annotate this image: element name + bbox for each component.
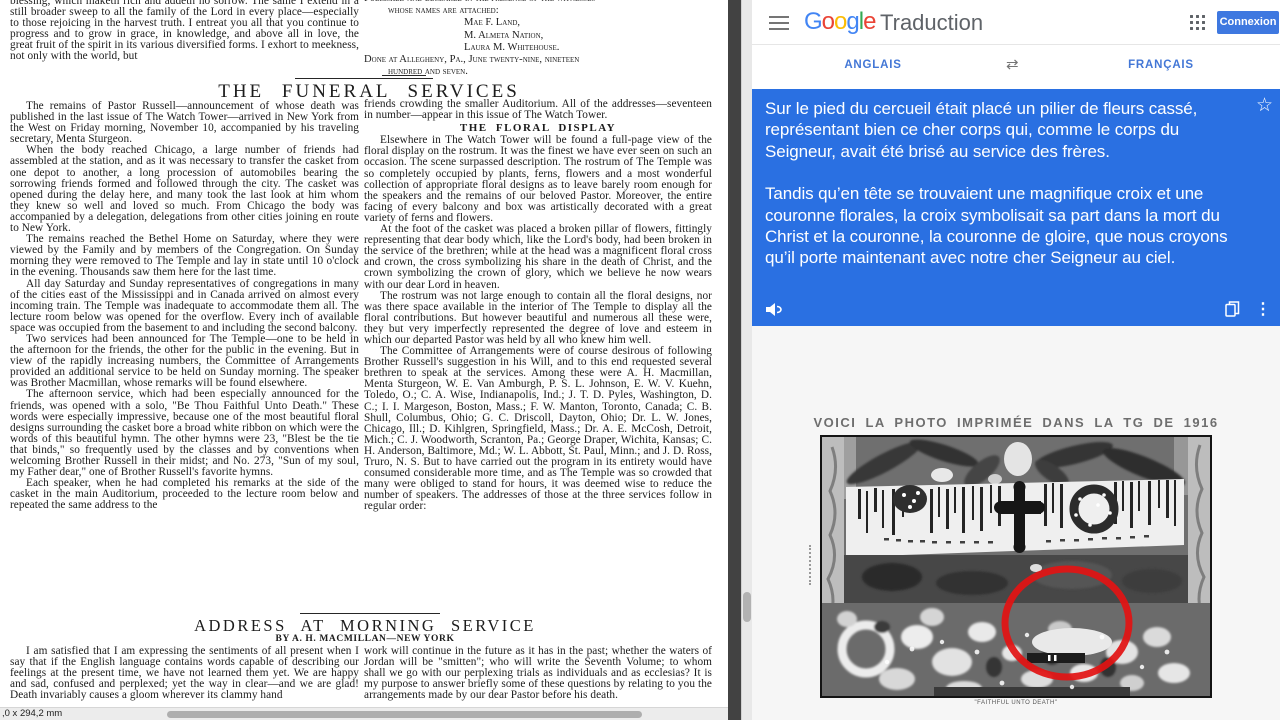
doc-paragraph: Elsewhere in The Watch Tower will be fou…	[364, 135, 712, 224]
status-bar-dimensions: ,0 x 294,2 mm	[2, 708, 62, 719]
more-vert-icon[interactable]: ⋮	[1255, 300, 1271, 320]
doc-paragraph: The rostrum was not large enough to cont…	[364, 291, 712, 346]
tab-target-language[interactable]: FRANÇAIS	[1096, 59, 1226, 71]
floral-display-heading: THE FLORAL DISPLAY	[364, 123, 712, 134]
witness-intro-line2: whose names are attached:	[364, 5, 716, 17]
section-divider-rule	[300, 613, 440, 614]
doc-paragraph: The remains reached the Bethel Home on S…	[10, 234, 359, 278]
language-tabs-bar: ANGLAIS ⇄ FRANÇAIS	[752, 45, 1280, 89]
funeral-photo	[820, 435, 1212, 698]
photo-margin-mark	[809, 545, 813, 585]
witness-name: Mae F. Land,	[364, 17, 716, 29]
doc-col1-top-paragraph: blessing; which maketh rich and addeth n…	[10, 0, 359, 63]
translated-paragraph: Sur le pied du cercueil était placé un p…	[765, 98, 1235, 162]
vertical-scrollbar-thumb[interactable]	[743, 592, 751, 622]
photo-subcaption: "FAITHFUL UNTO DEATH"	[820, 700, 1212, 706]
pane-divider[interactable]	[728, 0, 741, 720]
doc-paragraph: The remains of Pastor Russell—announceme…	[10, 101, 359, 145]
doc-col1-bottom-paragraph: I am satisfied that I am expressing the …	[10, 646, 359, 701]
doc-col2-bottom-paragraph: work will continue in the future as it h…	[364, 646, 712, 701]
vertical-scrollbar[interactable]	[741, 0, 752, 720]
google-logo[interactable]: Google	[804, 8, 875, 36]
section-divider-rule	[295, 78, 433, 79]
translated-text: Sur le pied du cercueil était placé un p…	[765, 98, 1235, 290]
apps-grid-icon[interactable]	[1190, 15, 1205, 30]
witness-done-line2: hundred and seven.	[364, 66, 716, 78]
google-translate-pane: Google Traduction Connexion ANGLAIS ⇄ FR…	[752, 0, 1280, 720]
address-byline: BY A. H. MACMILLAN—NEW YORK	[160, 634, 570, 644]
section-divider-rule	[382, 75, 426, 76]
product-name: Traduction	[880, 10, 983, 36]
translate-header: Google Traduction Connexion	[752, 0, 1280, 45]
document-viewer-pane: blessing; which maketh rich and addeth n…	[0, 0, 728, 720]
tab-source-language[interactable]: ANGLAIS	[808, 59, 938, 71]
horizontal-scrollbar[interactable]	[0, 707, 728, 720]
doc-paragraph: friends crowding the smaller Auditorium.…	[364, 99, 712, 121]
swap-arrows-icon[interactable]: ⇄	[1006, 55, 1019, 73]
doc-paragraph: Two services had been announced for The …	[10, 334, 359, 389]
scanned-document-page: blessing; which maketh rich and addeth n…	[0, 0, 728, 720]
app-root: blessing; which maketh rich and addeth n…	[0, 0, 1280, 720]
doc-witness-block: Published and declared in the presence o…	[364, 0, 716, 78]
doc-column-1: The remains of Pastor Russell—announceme…	[10, 101, 359, 511]
copy-icon[interactable]	[1225, 301, 1240, 317]
hamburger-icon[interactable]	[769, 16, 789, 30]
doc-paragraph: The Committee of Arrangements were of co…	[364, 346, 712, 512]
witness-name: Laura M. Whitehouse.	[364, 42, 716, 54]
witness-name: M. Almeta Nation,	[364, 30, 716, 42]
star-outline-icon[interactable]: ☆	[1256, 94, 1273, 117]
translation-result-panel: Sur le pied du cercueil était placé un p…	[752, 89, 1280, 326]
signin-button[interactable]: Connexion	[1217, 11, 1279, 34]
doc-paragraph: When the body reached Chicago, a large n…	[10, 145, 359, 234]
doc-paragraph: Each speaker, when he had completed his …	[10, 478, 359, 511]
witness-done-line1: Done at Allegheny, Pa., June twenty-nine…	[364, 54, 716, 66]
translated-paragraph: Tandis qu’en tête se trouvaient une magn…	[765, 183, 1235, 269]
photo-caption: VOICI LA PHOTO IMPRIMÉE DANS LA TG DE 19…	[752, 415, 1280, 430]
doc-column-2: friends crowding the smaller Auditorium.…	[364, 99, 712, 512]
address-morning-service-heading: ADDRESS AT MORNING SERVICE	[160, 616, 570, 636]
funeral-photo-image	[822, 437, 1210, 696]
doc-paragraph: At the foot of the casket was placed a b…	[364, 224, 712, 291]
horizontal-scrollbar-thumb[interactable]	[167, 711, 642, 718]
doc-paragraph: The afternoon service, which had been es…	[10, 389, 359, 478]
doc-paragraph: All day Saturday and Sunday representati…	[10, 279, 359, 334]
speaker-icon[interactable]	[766, 302, 784, 317]
